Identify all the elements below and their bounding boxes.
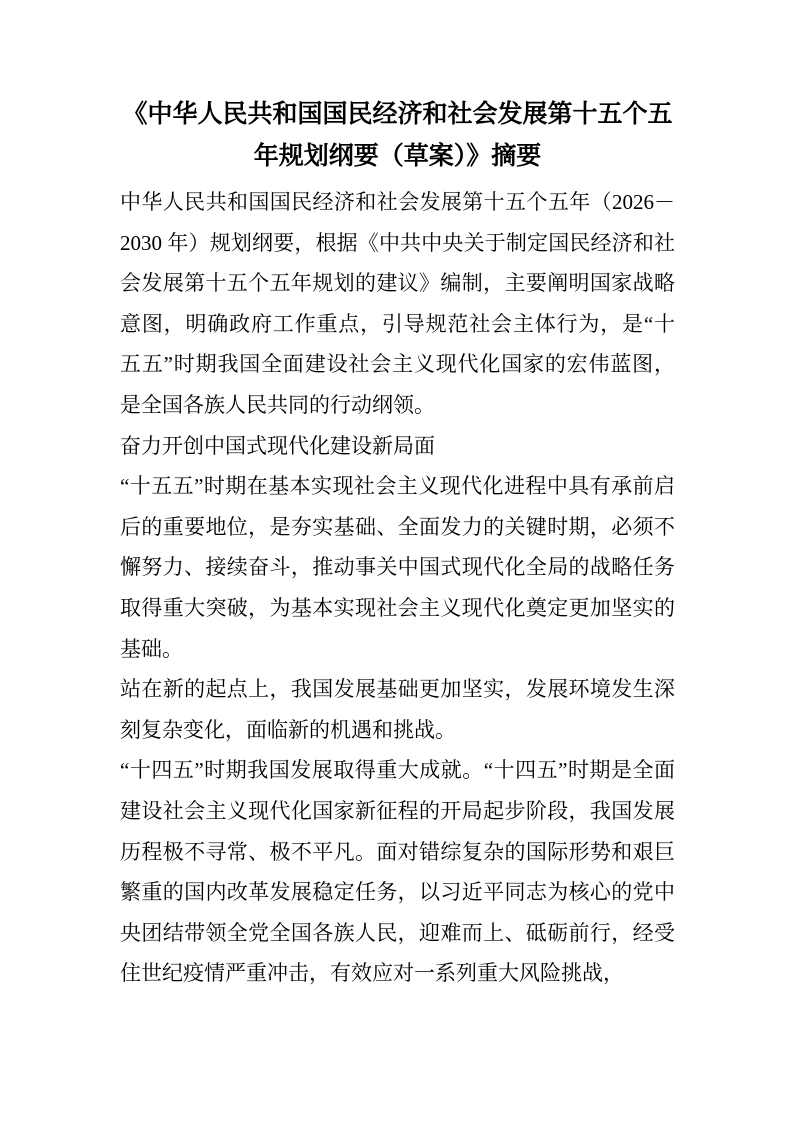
paragraph-new-starting-point: 站在新的起点上，我国发展基础更加坚实，发展环境发生深刻复杂变化，面临新的机遇和挑…: [120, 669, 675, 750]
document-title: 《中华人民共和国国民经济和社会发展第十五个五年规划纲要（草案）》摘要: [120, 94, 675, 178]
paragraph-14th-plan-achievements: “十四五”时期我国发展取得重大成就。“十四五”时期是全面建设社会主义现代化国家新…: [120, 750, 675, 994]
document-page: 《中华人民共和国国民经济和社会发展第十五个五年规划纲要（草案）》摘要 中华人民共…: [0, 0, 793, 1122]
section-heading-new-chapter: 奋力开创中国式现代化建设新局面: [120, 426, 675, 467]
paragraph-plan-intro: 中华人民共和国国民经济和社会发展第十五个五年（2026－2030 年）规划纲要，…: [120, 182, 675, 426]
paragraph-15th-plan-period: “十五五”时期在基本实现社会主义现代化进程中具有承前启后的重要地位，是夯实基础、…: [120, 466, 675, 669]
